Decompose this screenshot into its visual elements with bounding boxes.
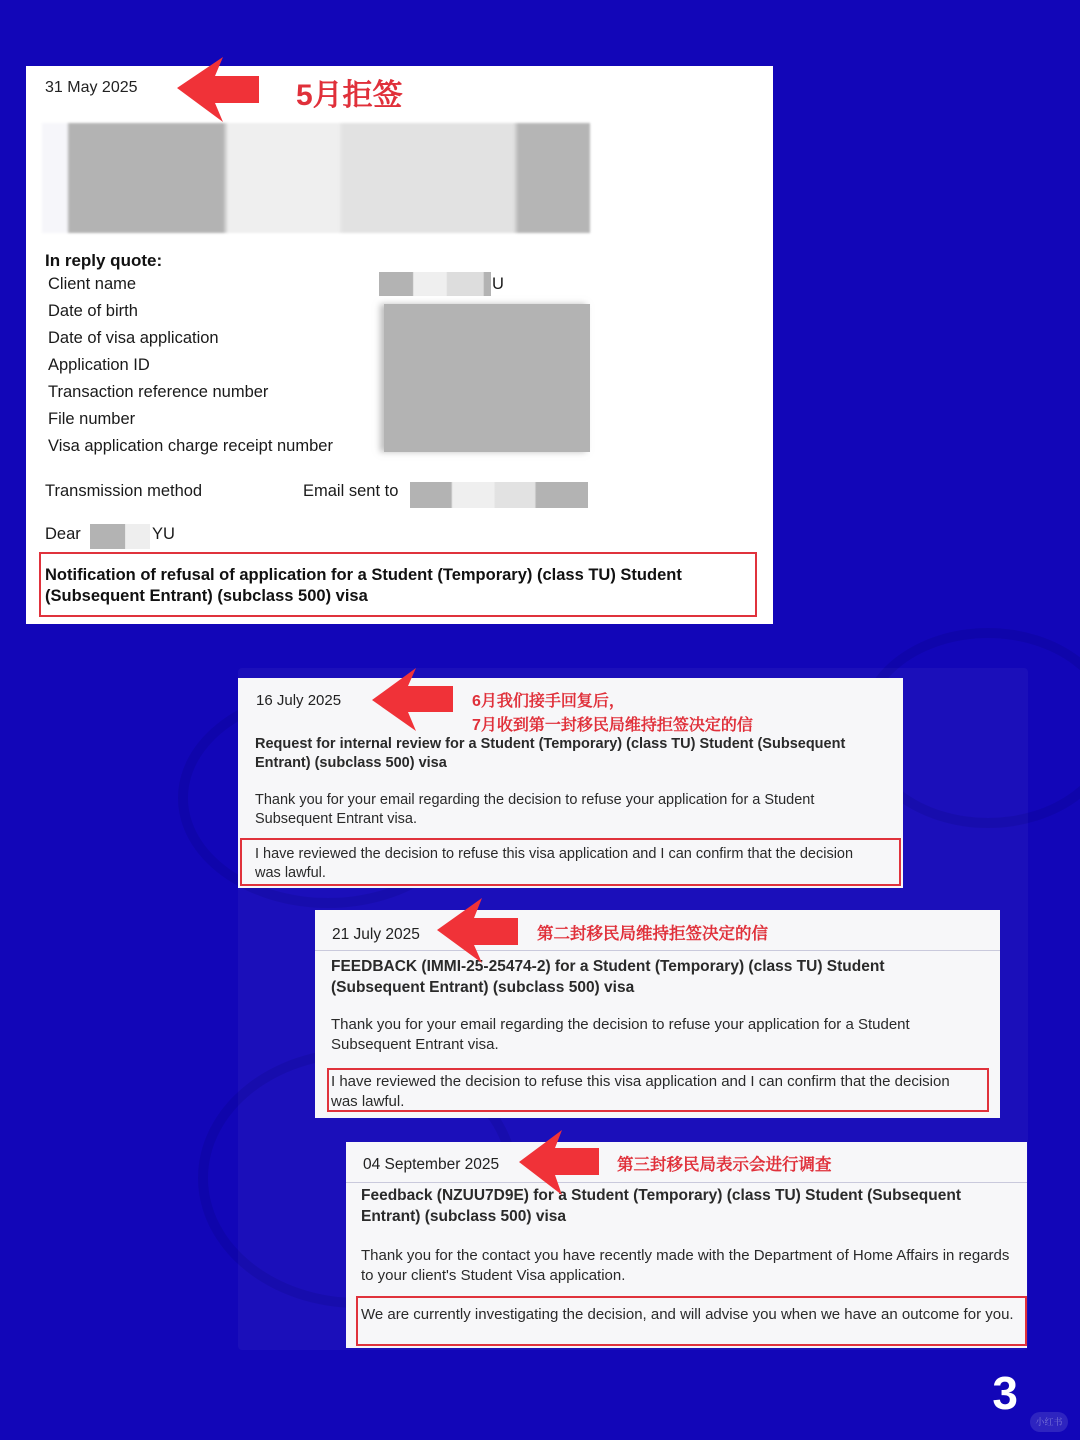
letter-highlight: We are currently investigating the decis…	[361, 1305, 1026, 1325]
internal-review-letter-card: 16 July 2025 6月我们接手回复后， 7月收到第一封移民局维持拒签决定…	[238, 678, 903, 888]
letter-date: 04 September 2025	[363, 1156, 499, 1174]
client-name-suffix: U	[492, 275, 504, 294]
annotation-note-line1: 6月我们接手回复后，	[472, 688, 625, 711]
annotation-note: 第二封移民局维持拒签决定的信	[537, 920, 768, 944]
red-arrow-icon	[435, 897, 525, 967]
header-divider	[346, 1182, 1027, 1183]
letter-body: Thank you for the contact you have recen…	[361, 1246, 1026, 1286]
redacted-field-values	[384, 304, 590, 452]
red-arrow-icon	[517, 1129, 607, 1199]
field-label: Date of birth	[48, 302, 138, 321]
letter-body: Thank you for your email regarding the d…	[331, 1015, 971, 1055]
reply-quote-heading: In reply quote:	[45, 251, 162, 271]
transmission-value: Email sent to	[303, 482, 398, 501]
field-label: Visa application charge receipt number	[48, 437, 333, 456]
annotation-note-line2: 7月收到第一封移民局维持拒签决定的信	[472, 712, 753, 735]
field-label: File number	[48, 410, 135, 429]
field-label: Client name	[48, 275, 136, 294]
letter-highlight: I have reviewed the decision to refuse t…	[331, 1072, 951, 1112]
red-arrow-icon	[370, 667, 460, 733]
redacted-letterhead	[42, 123, 590, 233]
red-arrow-icon	[175, 55, 265, 125]
redacted-client-name	[379, 272, 491, 296]
refusal-letter-card: 31 May 2025 5月拒签 In reply quote: Client …	[26, 66, 773, 624]
salutation-prefix: Dear	[45, 525, 81, 544]
redacted-email	[410, 482, 588, 508]
field-label: Transaction reference number	[48, 383, 268, 402]
letter-highlight: I have reviewed the decision to refuse t…	[255, 845, 865, 883]
transmission-label: Transmission method	[45, 482, 202, 501]
letter-subject: Notification of refusal of application f…	[45, 565, 750, 607]
letter-date: 21 July 2025	[332, 926, 420, 944]
letter-date: 16 July 2025	[256, 692, 341, 709]
letter-subject: FEEDBACK (IMMI-25-25474-2) for a Student…	[331, 956, 931, 998]
feedback-letter-card-1: 21 July 2025 第二封移民局维持拒签决定的信 FEEDBACK (IM…	[315, 910, 1000, 1118]
field-label: Date of visa application	[48, 329, 219, 348]
annotation-note: 5月拒签	[296, 70, 403, 114]
letter-date: 31 May 2025	[45, 79, 138, 97]
watermark-logo: 小红书	[1030, 1412, 1068, 1432]
feedback-letter-card-2: 04 September 2025 第三封移民局表示会进行调查 Feedback…	[346, 1142, 1027, 1348]
redacted-recipient-name	[90, 524, 150, 549]
annotation-note: 第三封移民局表示会进行调查	[617, 1151, 832, 1175]
header-divider	[315, 950, 1000, 951]
page-number: 3	[992, 1366, 1018, 1420]
letter-body: Thank you for your email regarding the d…	[255, 791, 875, 829]
letter-subject: Feedback (NZUU7D9E) for a Student (Tempo…	[361, 1185, 1021, 1227]
letter-subject: Request for internal review for a Studen…	[255, 735, 895, 773]
field-label: Application ID	[48, 356, 150, 375]
salutation-suffix: YU	[152, 525, 175, 544]
